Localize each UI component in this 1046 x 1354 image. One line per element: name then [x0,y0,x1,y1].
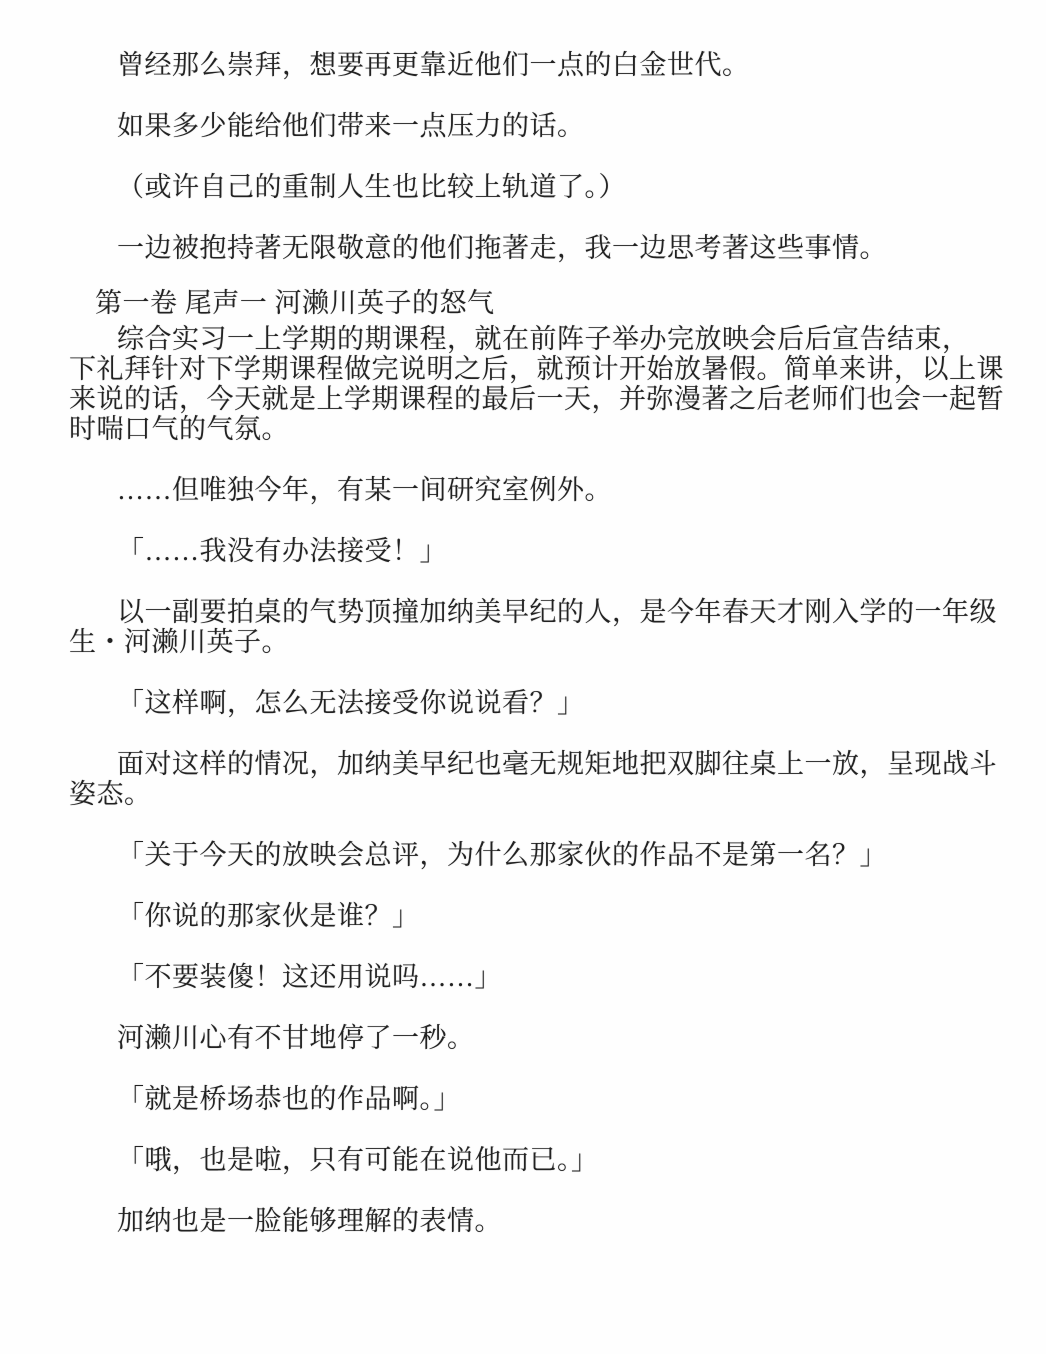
text-line: 姿态。 [69,779,990,809]
text-line: ……但唯独今年，有某一间研究室例外。 [69,475,990,505]
text-line: 面对这样的情况，加纳美早纪也毫无规矩地把双脚往桌上一放，呈现战斗 [69,749,990,779]
text-line: 一边被抱持著无限敬意的他们拖著走，我一边思考著这些事情。 [69,233,990,263]
dialogue-line: 「这样啊，怎么无法接受你说说看？」 [69,688,990,718]
text-line: 曾经那么崇拜，想要再更靠近他们一点的白金世代。 [69,50,990,80]
dialogue-line: 「不要装傻！这还用说吗……」 [69,962,990,992]
novel-page: 曾经那么崇拜，想要再更靠近他们一点的白金世代。 如果多少能给他们带来一点压力的话… [0,0,1046,1354]
dialogue-line: 「……我没有办法接受！」 [69,536,990,566]
dialogue-line: 「关于今天的放映会总评，为什么那家伙的作品不是第一名？」 [69,840,990,870]
text-line: 如果多少能给他们带来一点压力的话。 [69,111,990,141]
chapter-heading: 第一卷 尾声一 河濑川英子的怒气 [69,288,990,318]
dialogue-line: 「哦，也是啦，只有可能在说他而已。」 [69,1145,990,1175]
text-line: 综合实习一上学期的期课程，就在前阵子举办完放映会后后宣告结束， [69,324,990,354]
text-line: 河濑川心有不甘地停了一秒。 [69,1023,990,1053]
text-line: 以一副要拍桌的气势顶撞加纳美早纪的人，是今年春天才刚入学的一年级 [69,597,990,627]
text-line: 生・河濑川英子。 [69,627,990,657]
text-line: 时喘口气的气氛。 [69,414,990,444]
dialogue-line: 「你说的那家伙是谁？」 [69,901,990,931]
text-line: 加纳也是一脸能够理解的表情。 [69,1206,990,1236]
text-line: （或许自己的重制人生也比较上轨道了。） [69,172,990,202]
dialogue-line: 「就是桥场恭也的作品啊。」 [69,1084,990,1114]
text-line: 来说的话，今天就是上学期课程的最后一天，并弥漫著之后老师们也会一起暂 [69,384,990,414]
text-line: 下礼拜针对下学期课程做完说明之后，就预计开始放暑假。简单来讲，以上课 [69,354,990,384]
